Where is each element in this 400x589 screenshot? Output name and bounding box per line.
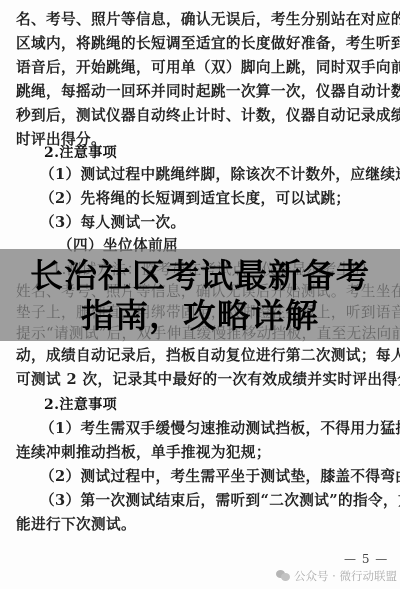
note-item: （3）每人测试一次。 <box>40 213 400 233</box>
page-number: — 5 — <box>344 552 388 566</box>
note-item: （2）测试过程中，考生需平坐于测试垫，膝盖不得弯曲； <box>40 467 400 487</box>
overlay-title-line-1: 长治社区考试最新备考 <box>0 256 400 296</box>
notes-heading: 2.注意事项 <box>44 143 400 163</box>
note-item: （3）第一次测试结束后，需听到“二次测试”的指令，方 <box>40 491 400 511</box>
watermark: 公众号 · 微行动联盟 <box>276 568 397 584</box>
wechat-icon <box>276 570 290 581</box>
body-line: 名、考号、照片等信息，确认无误后，考生分别站在对应的测试 <box>16 10 388 30</box>
body-line: 跳绳，每摇动一回环并同时起跳一次算一次，仪器自动计数，60 <box>16 82 388 102</box>
notes-heading: 2.注意事项 <box>44 395 400 415</box>
note-item: （1）考生需双手缓慢匀速推动测试挡板，不得用力猛推或 <box>40 419 400 439</box>
note-item-continuation: 能进行下次测试。 <box>16 515 388 535</box>
body-line: 区域内，将跳绳的长短调至适宜的长度做好准备，考生听到发令 <box>16 34 388 54</box>
watermark-text: 公众号 · 微行动联盟 <box>294 569 397 583</box>
note-item-continuation: 连续冲刺推动挡板，单手推视为犯规； <box>16 443 388 463</box>
body-line: 可测试 2 次，记录其中最好的一次有效成绩并实时评出得分。 <box>16 370 388 390</box>
overlay-title-line-2: 指南，攻略详解 <box>0 296 400 336</box>
note-item: （2）先将绳的长短调到适宜长度，可以试跳； <box>40 189 400 209</box>
body-line: 秒到后，测试仪器自动终止计时、计数，仪器自动记录成绩并实 <box>16 106 388 126</box>
note-item: （1）测试过程中跳绳绊脚，除该次不计数外，应继续进行； <box>40 165 400 185</box>
body-line: 动，成绩自动记录后，挡板自动复位进行第二次测试；每人最多 <box>16 346 388 366</box>
body-line: 语音后，开始跳绳，可用单（双）脚向上跳，同时双手向前摇动 <box>16 58 388 78</box>
